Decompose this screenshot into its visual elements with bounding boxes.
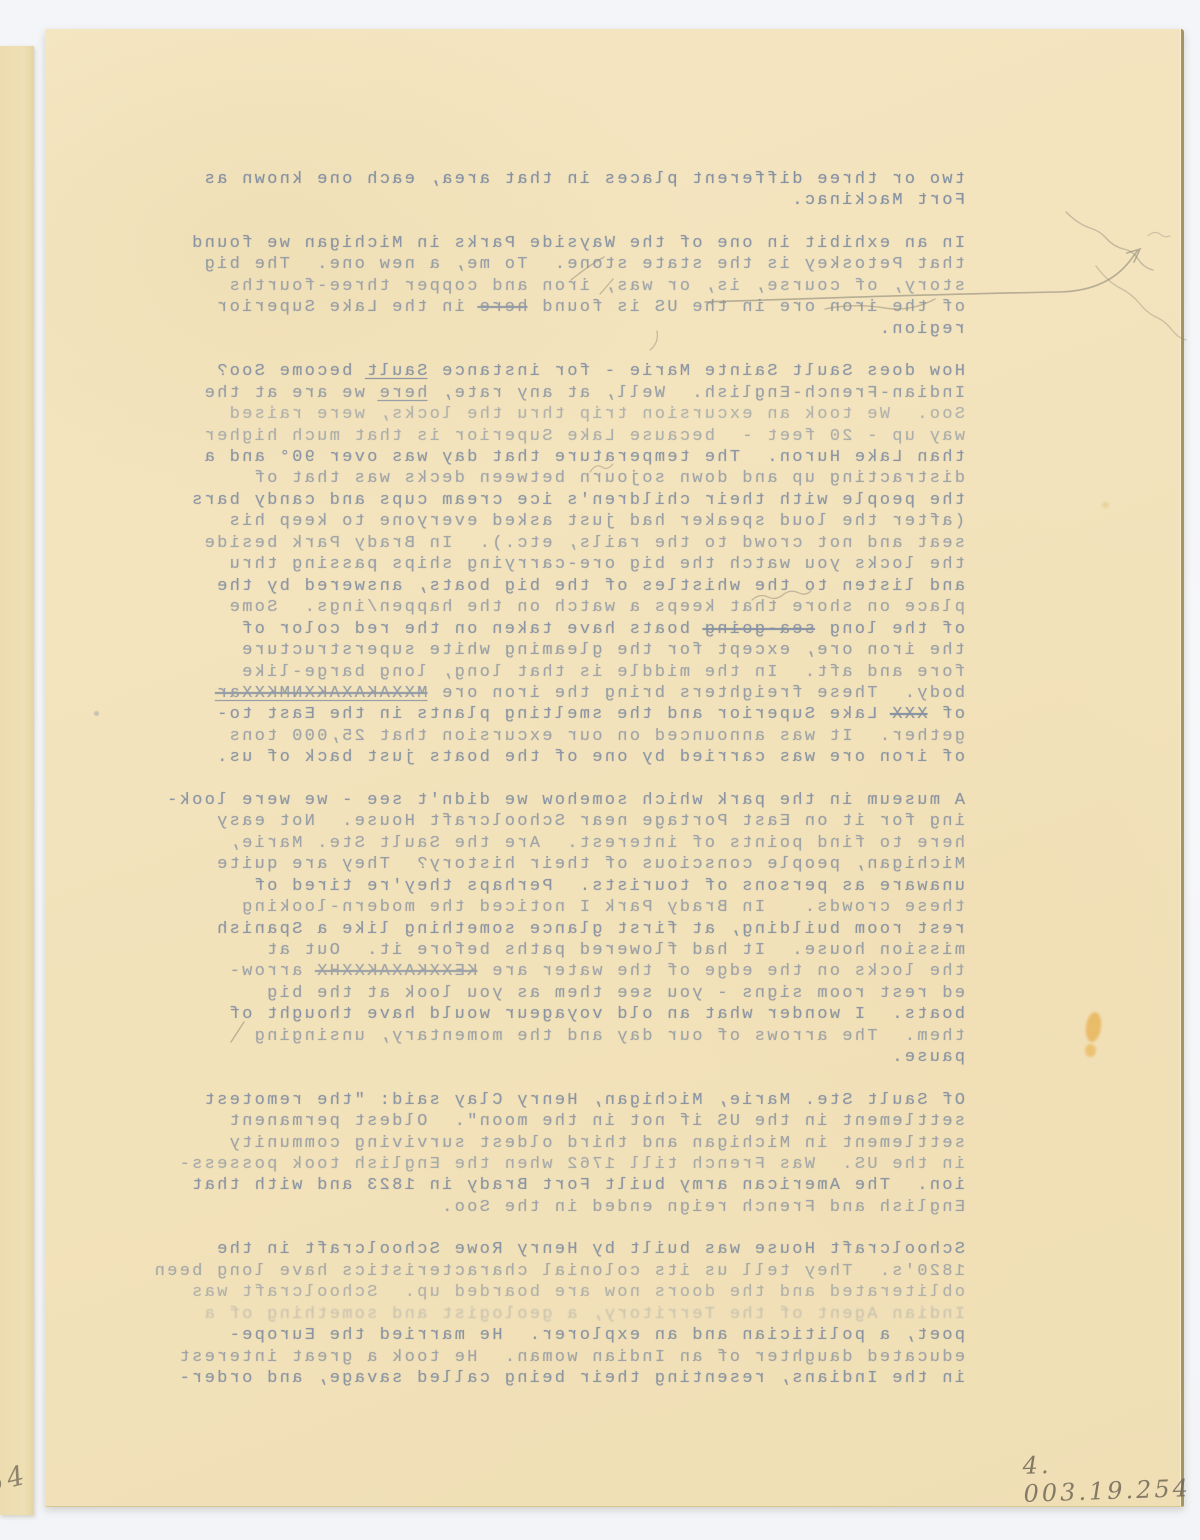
typescript-line: ing for it on East Portage near Schoolcr…	[165, 811, 965, 832]
typescript-text-block: two or three different places in that ar…	[165, 169, 965, 1411]
typescript-line: rest room building, at first glance some…	[165, 919, 965, 940]
typescript-line: unaware as persons of tourists. Perhaps …	[165, 876, 965, 897]
typescript-line: story, of course, is, or was, iron and c…	[165, 276, 965, 297]
typescript-line: Soo. We took an excursion trip thru the …	[165, 404, 965, 425]
typescript-line: here to find points of interest. Are the…	[165, 833, 965, 854]
typescript-line: ion. The American army built Fort Brady …	[165, 1175, 965, 1196]
typescript-line: In an exhibit in one of the Wayside Park…	[165, 233, 965, 254]
typescript-line: the locks you watch the big ore-carrying…	[165, 554, 965, 575]
typescript-line: Indian Agent of the Territory, a geologi…	[165, 1304, 965, 1325]
typescript-paragraph: two or three different places in that ar…	[165, 169, 965, 212]
scan-background: { "document": { "kind": "typewritten let…	[0, 0, 1200, 1540]
typescript-line: A museum in the park which somehow we di…	[165, 790, 965, 811]
typescript-paragraph: A museum in the park which somehow we di…	[165, 790, 965, 1069]
typescript-line: pause.	[165, 1047, 965, 1068]
typescript-line: and listen to the whistles of the big bo…	[165, 576, 965, 597]
typescript-line: fore and aft. In the middle is that long…	[165, 662, 965, 683]
adjacent-page-strip: 54	[0, 46, 34, 1515]
yellow-stain-small	[1085, 1044, 1096, 1057]
typescript-line: these crowds. In Brady Park I noticed th…	[165, 897, 965, 918]
typescript-line: place on shore that keeps a watch on the…	[165, 597, 965, 618]
yellow-speck	[1102, 502, 1109, 508]
typescript-line: way up - 20 feet - because Lake Superior…	[165, 426, 965, 447]
typescript-paragraph: How does Sault Sainte Marie - for instan…	[165, 361, 965, 769]
typescript-line: 1820's. They tell us its colonial charac…	[165, 1261, 965, 1282]
typescript-line: mission house. It had flowered paths bef…	[165, 940, 965, 961]
typescript-line: the iron ore, except for the gleaming wh…	[165, 640, 965, 661]
typescript-line: region.	[165, 319, 965, 340]
typescript-paragraph: Schoolcraft House was built by Henry Row…	[165, 1239, 965, 1389]
typescript-line: than Lake Huron. The temperature that da…	[165, 447, 965, 468]
typescript-line: seat and not crowd to the rails, etc.). …	[165, 533, 965, 554]
typescript-line: Michigan, people conscious of their hist…	[165, 854, 965, 875]
typescript-line: distracting up and down sojourn between …	[165, 468, 965, 489]
typescript-line: Schoolcraft House was built by Henry Row…	[165, 1239, 965, 1260]
typescript-line: settlement in the US if not in the moon"…	[165, 1111, 965, 1132]
typescript-line: them. The arrows of our day and the mome…	[165, 1026, 965, 1047]
document-page: two or three different places in that ar…	[45, 29, 1184, 1507]
typescript-line: that Petoskey is the state stone. To me,…	[165, 254, 965, 275]
typescript-line: English and French reign ended in the So…	[165, 1197, 965, 1218]
typescript-line: of the long sea-going boats have taken o…	[165, 619, 965, 640]
typescript-line: two or three different places in that ar…	[165, 169, 965, 190]
gray-speck	[94, 711, 99, 716]
typescript-line: the locks on the edge of the water are K…	[165, 961, 965, 982]
typescript-line: boats. I wonder what an old voyageur wou…	[165, 1004, 965, 1025]
typescript-line: How does Sault Sainte Marie - for instan…	[165, 361, 965, 382]
typescript-line: poet, a politician and an explorer. He m…	[165, 1325, 965, 1346]
typescript-line: Fort Mackinac.	[165, 190, 965, 211]
typescript-line: settlement in Michigan and third oldest …	[165, 1133, 965, 1154]
typescript-line: in the Indians, resenting their being ca…	[165, 1368, 965, 1389]
typescript-paragraph: In an exhibit in one of the Wayside Park…	[165, 233, 965, 340]
typescript-line: obliterated and the doors now are boarde…	[165, 1282, 965, 1303]
typescript-line: of iron ore was carried by one of the bo…	[165, 747, 965, 768]
adjacent-page-number: 54	[0, 1459, 31, 1499]
typescript-line: gether. It was announced on our excursio…	[165, 726, 965, 747]
typescript-line: educated daughter of an Indian woman. He…	[165, 1347, 965, 1368]
typescript-line: ed rest room signs - you see them as you…	[165, 983, 965, 1004]
typescript-line: Of Sault Ste. Marie, Michigan, Henry Cla…	[165, 1090, 965, 1111]
typescript-paragraph: Of Sault Ste. Marie, Michigan, Henry Cla…	[165, 1090, 965, 1219]
typescript-line: of the iron ore in the US is found here …	[165, 297, 965, 318]
typescript-line: (after the loud speaker had just asked e…	[165, 511, 965, 532]
archive-number: 4. 003.19.254	[1022, 1446, 1191, 1508]
typescript-line: in the US. Was French till 1762 when the…	[165, 1154, 965, 1175]
typescript-line: body. These freighters bring the iron or…	[165, 683, 965, 704]
typescript-line: Indian-French-English. Well, at any rate…	[165, 383, 965, 404]
typescript-line: the people with their children's ice cre…	[165, 490, 965, 511]
typescript-line: of XXX Lake Superior and the smelting pl…	[165, 704, 965, 725]
